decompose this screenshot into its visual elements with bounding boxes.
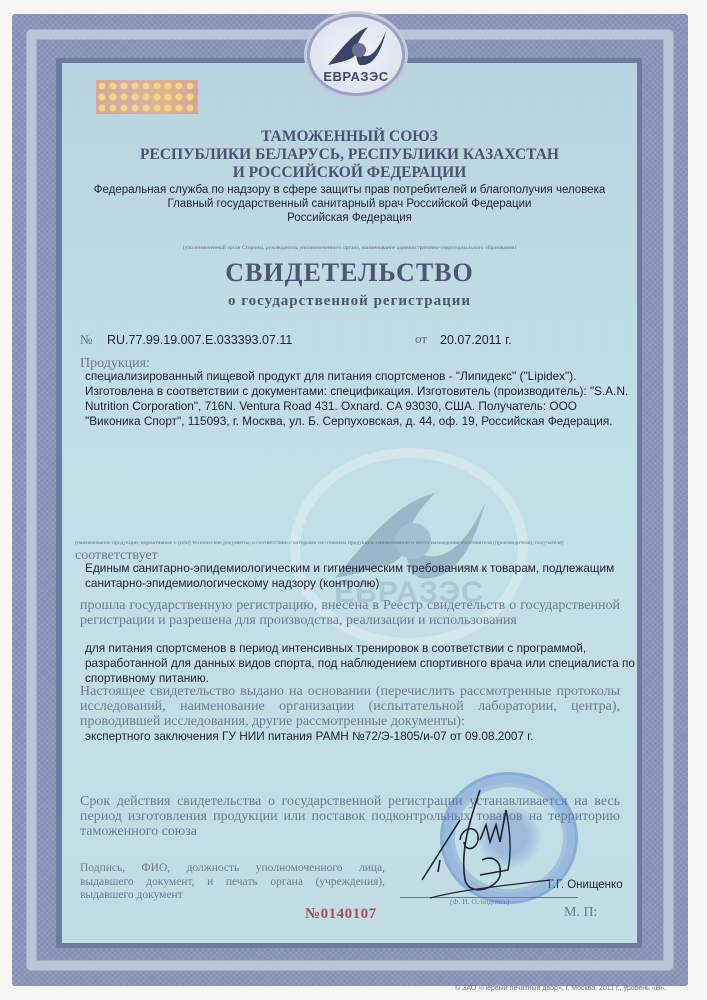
basis-value: экспертного заключения ГУ НИИ питания РА… bbox=[85, 729, 533, 744]
product-line-4: "Виконика Спорт", 115093, г. Москва, ул.… bbox=[85, 414, 613, 429]
registration-text: прошла государственную регистрацию, внес… bbox=[80, 598, 620, 628]
certificate-title: СВИДЕТЕЛЬСТВО bbox=[62, 258, 637, 288]
number-label: № bbox=[80, 332, 92, 348]
certificate-number: RU.77.99.19.007.Е.033393.07.11 bbox=[107, 333, 292, 347]
usage-line-2: разработанной для данных видов спорта, п… bbox=[85, 656, 635, 671]
handwritten-signature bbox=[420, 780, 550, 900]
agency-line-2: Главный государственный санитарный врач … bbox=[62, 197, 637, 212]
product-line-3: Nutrition Corporation", 716N. Ventura Ro… bbox=[85, 399, 577, 414]
agency-line-3: Российская Федерация bbox=[62, 211, 637, 226]
product-note: (наименование продукции, нормативные и (… bbox=[75, 540, 635, 546]
union-title-line-1: ТАМОЖЕННЫЙ СОЮЗ bbox=[62, 128, 637, 145]
conformity-line-2: санитарно-эпидемиологическому надзору (к… bbox=[85, 576, 379, 591]
usage-line-1: для питания спортсменов в период интенси… bbox=[85, 641, 586, 656]
certificate-subtitle: о государственной регистрации bbox=[62, 293, 637, 310]
product-line-1: специализированный пищевой продукт для п… bbox=[85, 369, 576, 384]
conformity-line-1: Единым санитарно-эпидемиологическим и ги… bbox=[85, 561, 614, 576]
agency-line-1: Федеральная служба по надзору в сфере за… bbox=[62, 183, 637, 198]
printer-imprint: © ЗАО «Первый печатный двор», г. Москва,… bbox=[455, 985, 666, 992]
union-title-line-3: И РОССИЙСКОЙ ФЕДЕРАЦИИ bbox=[62, 164, 637, 181]
product-line-2: Изготовлена в соответствии с документами… bbox=[85, 384, 628, 399]
authority-note: (уполномоченный орган Стороны, руководит… bbox=[62, 245, 637, 251]
basis-text: Настоящее свидетельство выдано на основа… bbox=[80, 684, 620, 729]
signature-instructions: Подпись, ФИО, должность уполномоченного … bbox=[80, 862, 385, 903]
date-label: от bbox=[415, 331, 427, 347]
certificate-date: 20.07.2011 г. bbox=[440, 333, 512, 347]
seal-mark: М. П: bbox=[564, 905, 597, 921]
form-number: №0140107 bbox=[305, 906, 377, 923]
union-title-line-2: РЕСПУБЛИКИ БЕЛАРУСЬ, РЕСПУБЛИКИ КАЗАХСТА… bbox=[62, 146, 637, 163]
